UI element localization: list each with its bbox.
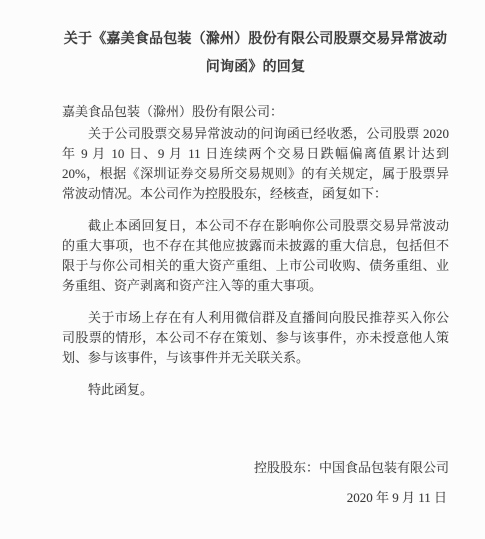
document-page: 关于《嘉美食品包装（滁州）股份有限公司股票交易异常波动问询函》的回复 嘉美食品包…: [0, 0, 485, 539]
paragraph-inquiry-receipt: 关于公司股票交易异常波动的问询函已经收悉，公司股票 2020 年 9 月 10 …: [62, 124, 449, 204]
paragraph-no-material-matters: 截止本函回复日，本公司不存在影响你公司股票交易异常波动的重大事项，也不存在其他应…: [62, 216, 449, 296]
document-title: 关于《嘉美食品包装（滁州）股份有限公司股票交易异常波动问询函》的回复: [62, 26, 449, 82]
paragraph-wechat-livestream-disclaimer: 关于市场上存在有人利用微信群及直播间向股民推荐买入你公司股票的情形，本公司不存在…: [62, 308, 449, 368]
controlling-shareholder-signature: 控股股东：中国食品包装有限公司: [62, 458, 449, 478]
closing-phrase: 特此函复。: [62, 380, 449, 400]
salutation-line: 嘉美食品包装（滁州）股份有限公司：: [62, 102, 449, 122]
document-date: 2020 年 9 月 11 日: [62, 488, 447, 508]
